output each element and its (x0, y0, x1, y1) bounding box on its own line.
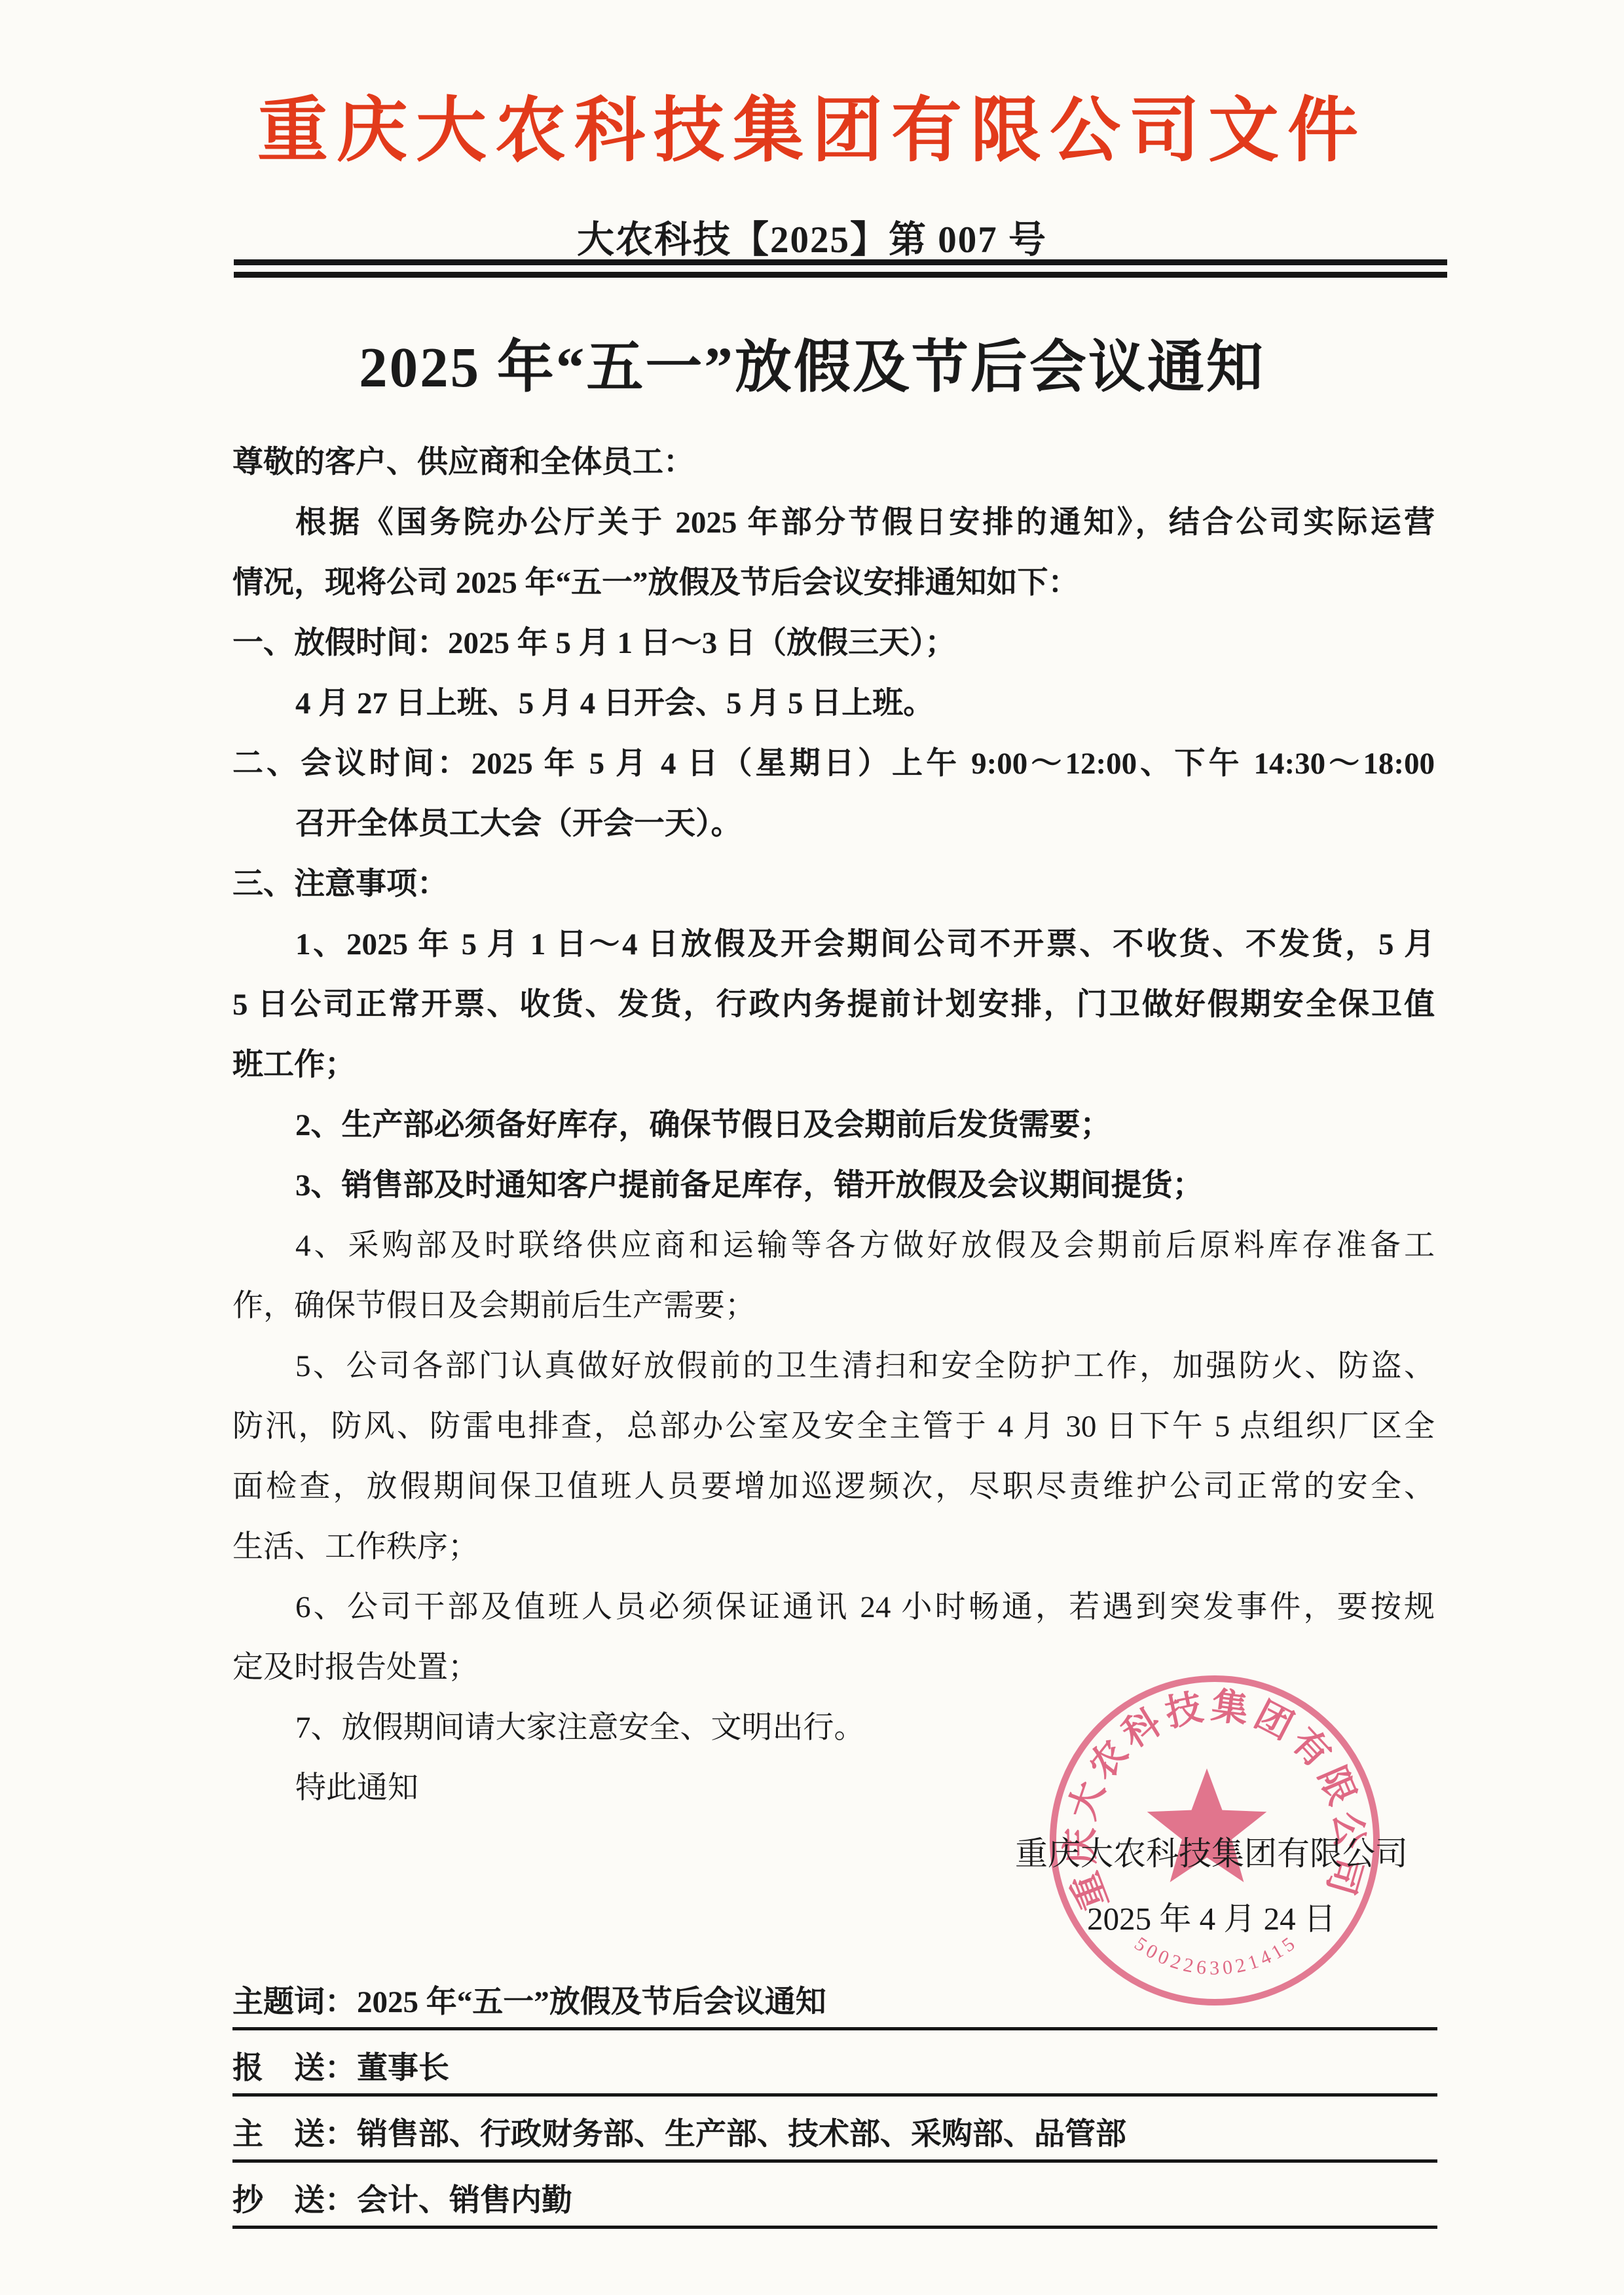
footer-row: 主题词：2025 年“五一”放假及节后会议通知 (232, 1975, 1437, 2030)
body-line: 5、公司各部门认真做好放假前的卫生清扫和安全防护工作，加强防火、防盗、 (232, 1336, 1435, 1396)
header-double-rule (234, 259, 1447, 278)
signature-block: 重庆大农科技集团有限公司 2025 年 4 月 24 日 (1008, 1821, 1414, 1952)
distribution-footer: 主题词：2025 年“五一”放假及节后会议通知报 送：董事长主 送：销售部、行政… (232, 1975, 1437, 2229)
notice-body: 尊敬的客户、供应商和全体员工：根据《国务院办公厅关于 2025 年部分节假日安排… (232, 432, 1435, 1818)
footer-row-value: 销售部、行政财务部、生产部、技术部、采购部、品管部 (357, 2118, 1126, 2152)
footer-row-label: 报 送： (232, 2050, 357, 2087)
footer-row-label: 主题词： (232, 1984, 357, 2021)
footer-row-value: 董事长 (357, 2051, 449, 2085)
body-line: 二、会议时间：2025 年 5 月 4 日（星期日）上午 9:00～12:00、… (232, 734, 1435, 794)
body-line: 情况，现将公司 2025 年“五一”放假及节后会议安排通知如下： (232, 553, 1435, 613)
scanned-notice-document: 重庆大农科技集团有限公司文件 大农科技【2025】第 007 号 2025 年“… (0, 0, 1624, 2295)
body-line: 根据《国务院办公厅关于 2025 年部分节假日安排的通知》，结合公司实际运营 (232, 493, 1435, 553)
body-line: 3、销售部及时通知客户提前备足库存，错开放假及会议期间提货； (232, 1155, 1435, 1216)
body-line: 一、放假时间：2025 年 5 月 1 日～3 日（放假三天）； (232, 613, 1435, 673)
body-line: 面检查，放假期间保卫值班人员要增加巡逻频次，尽职尽责维护公司正常的安全、 (232, 1457, 1435, 1517)
body-line: 生活、工作秩序； (232, 1517, 1435, 1577)
footer-row-value: 会计、销售内勤 (357, 2184, 572, 2218)
body-line: 班工作； (232, 1035, 1435, 1095)
document-number: 大农科技【2025】第 007 号 (210, 210, 1414, 263)
company-letterhead-title: 重庆大农科技集团有限公司文件 (210, 73, 1414, 175)
footer-row: 抄 送：会计、销售内勤 (232, 2173, 1437, 2229)
body-line: 1、2025 年 5 月 1 日～4 日放假及开会期间公司不开票、不收货、不发货… (232, 914, 1435, 975)
body-line: 三、注意事项： (232, 854, 1435, 914)
body-line: 6、公司干部及值班人员必须保证通讯 24 小时畅通，若遇到突发事件，要按规 (232, 1577, 1435, 1637)
footer-row-label: 主 送： (232, 2116, 357, 2153)
footer-row-label: 抄 送： (232, 2182, 357, 2219)
body-line: 4、采购部及时联络供应商和运输等各方做好放假及会期前后原料库存准备工 (232, 1216, 1435, 1276)
notice-title: 2025 年“五一”放假及节后会议通知 (210, 321, 1414, 403)
body-line: 召开全体员工大会（开会一天）。 (232, 794, 1435, 854)
footer-row: 报 送：董事长 (232, 2041, 1437, 2097)
body-line: 防汛，防风、防雷电排查，总部办公室及安全主管于 4 月 30 日下午 5 点组织… (232, 1396, 1435, 1457)
body-line: 尊敬的客户、供应商和全体员工： (232, 432, 1435, 493)
footer-row-value: 2025 年“五一”放假及节后会议通知 (357, 1985, 826, 2019)
signature-date: 2025 年 4 月 24 日 (1008, 1886, 1414, 1952)
signature-company-name: 重庆大农科技集团有限公司 (1008, 1821, 1414, 1886)
body-line: 2、生产部必须备好库存，确保节假日及会期前后发货需要； (232, 1095, 1435, 1155)
footer-row: 主 送：销售部、行政财务部、生产部、技术部、采购部、品管部 (232, 2107, 1437, 2163)
body-line: 4 月 27 日上班、5 月 4 日开会、5 月 5 日上班。 (232, 673, 1435, 734)
body-line: 5 日公司正常开票、收货、发货，行政内务提前计划安排，门卫做好假期安全保卫值 (232, 975, 1435, 1035)
body-line: 作，确保节假日及会期前后生产需要； (232, 1276, 1435, 1336)
